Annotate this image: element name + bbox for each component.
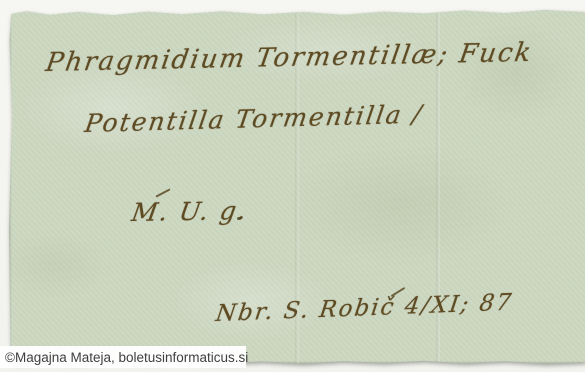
copyright-watermark: ©Magajna Mateja, boletusinformaticus.si bbox=[0, 346, 246, 368]
handwritten-initials: M. U. g. bbox=[130, 196, 251, 227]
handwritten-fungus-name: Phragmidium Tormentillæ; Fuck bbox=[44, 38, 535, 78]
scanned-label-photo: Phragmidium Tormentillæ; Fuck Potentilla… bbox=[0, 0, 585, 372]
copyright-text: ©Magajna Mateja, boletusinformaticus.si bbox=[0, 350, 248, 365]
pen-flourish bbox=[155, 188, 170, 197]
handwritten-host-plant: Potentilla Tormentilla / bbox=[83, 99, 426, 138]
handwritten-collector-date: Nbr. S. Robič 4/XI; 87 bbox=[214, 290, 514, 328]
paper-sheet: Phragmidium Tormentillæ; Fuck Potentilla… bbox=[9, 8, 585, 365]
ink-speck bbox=[237, 217, 241, 220]
label-paper: Phragmidium Tormentillæ; Fuck Potentilla… bbox=[0, 0, 585, 372]
